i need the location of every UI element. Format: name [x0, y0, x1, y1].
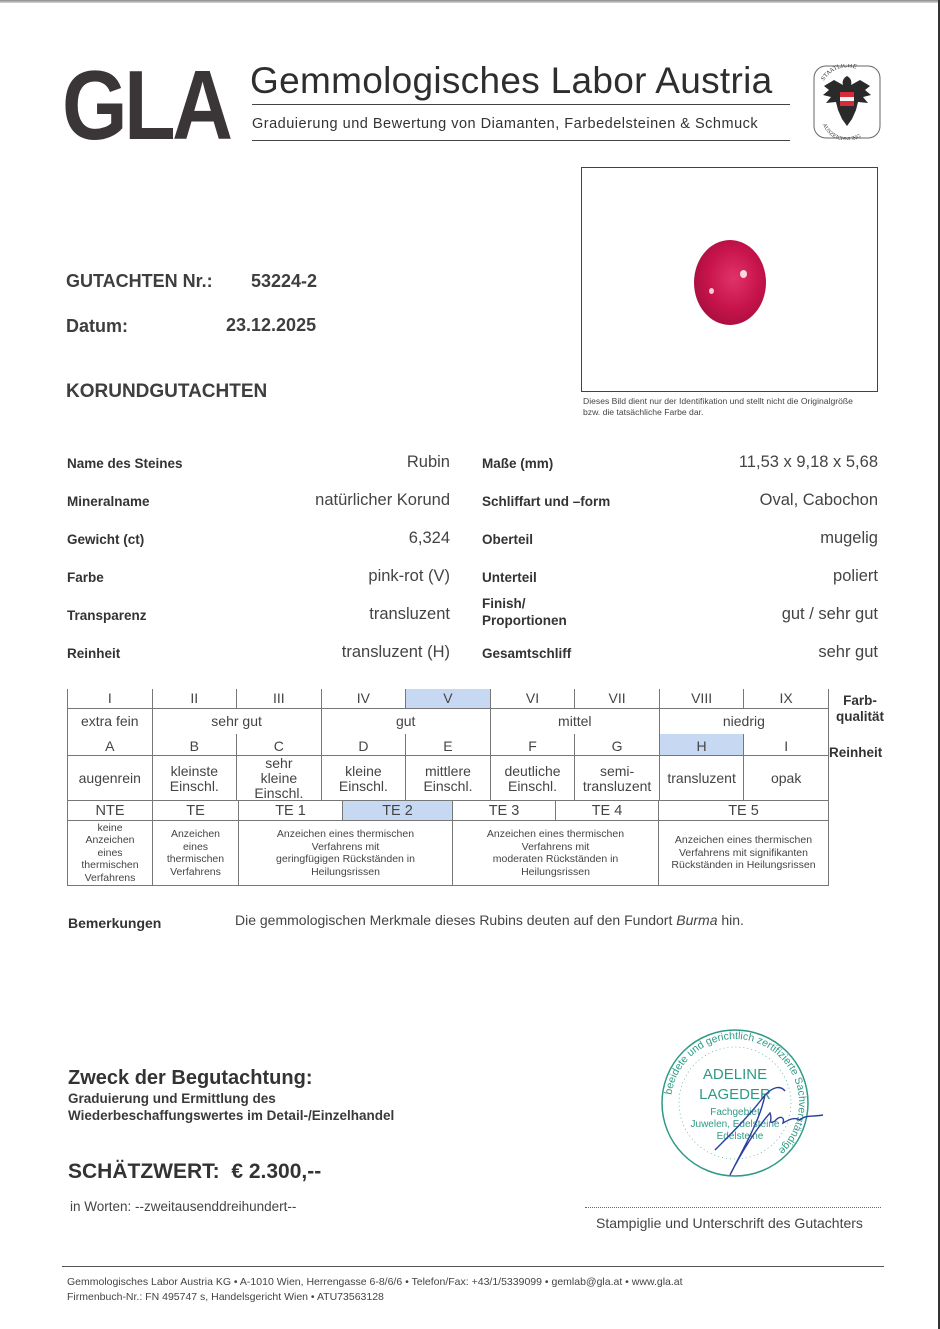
treatment-grade-cell: NTE [68, 801, 153, 821]
right-property-value: gut / sehr gut [782, 605, 878, 624]
treatment-grade-cell: TE 2 [343, 801, 453, 821]
color-grade-cell: IV [321, 689, 406, 709]
remarks-text-part: Die gemmologischen Merkmale dieses Rubin… [235, 912, 676, 928]
treatment-grade-cell: TE 3 [453, 801, 556, 821]
left-property-label: Name des Steines [67, 456, 183, 471]
left-property-label: Farbe [67, 570, 104, 585]
color-grade-cell: III [237, 689, 322, 709]
color-grade-cell: II [152, 689, 237, 709]
color-grade-cell: V [406, 689, 491, 709]
grade-scale-table: IIIIIIIVVVIVIIVIIIIXextra feinsehr gutgu… [67, 689, 829, 801]
report-date: 23.12.2025 [226, 315, 316, 336]
lab-tagline: Graduierung und Bewertung von Diamanten,… [252, 116, 758, 132]
svg-text:STAATLICHE: STAATLICHE [821, 64, 858, 82]
stamp-name-line: ADELINE [703, 1066, 767, 1083]
treatment-description-cell: AnzeicheneinesthermischenVerfahrens [153, 821, 239, 886]
clarity-description-cell: semi-transluzent [575, 756, 660, 802]
expert-stamp: beeidete und gerichtlich zertifizierte S… [655, 1025, 825, 1190]
svg-text:AUSZEICHNUNG: AUSZEICHNUNG [821, 122, 862, 140]
right-property-value: mugelig [820, 529, 878, 548]
purpose-title: Zweck der Begutachtung: [68, 1067, 312, 1090]
valuation-amount: € 2.300,-- [231, 1160, 321, 1183]
color-grade-cell: I [68, 689, 153, 709]
treatment-table: NTETETE 1TE 2TE 3TE 4TE 5keineAnzeichene… [67, 800, 829, 886]
left-property-label: Reinheit [67, 646, 120, 661]
valuation-in-words: in Worten: --zweitausenddreihundert-- [70, 1199, 296, 1214]
color-group-cell: gut [321, 709, 490, 735]
signature-line [585, 1207, 881, 1208]
clarity-description-cell: deutlicheEinschl. [490, 756, 575, 802]
report-number: 53224-2 [251, 271, 317, 292]
treatment-grade-cell: TE 1 [239, 801, 343, 821]
report-type: KORUNDGUTACHTEN [66, 381, 267, 403]
right-property-value: 11,53 x 9,18 x 5,68 [739, 453, 878, 472]
color-quality-label: Farb-qualität [832, 693, 888, 725]
clarity-description-cell: kleineEinschl. [321, 756, 406, 802]
right-property-label: Maße (mm) [482, 456, 553, 471]
color-grade-cell: VI [490, 689, 575, 709]
treatment-description-cell: Anzeichen eines thermischenVerfahrens mi… [453, 821, 659, 886]
signature-caption: Stampiglie und Unterschrift des Gutachte… [596, 1215, 863, 1231]
valuation: SCHÄTZWERT: € 2.300,-- [68, 1160, 321, 1184]
treatment-description-cell: Anzeichen eines thermischenVerfahrens mi… [239, 821, 453, 886]
footer-registry: Firmenbuch-Nr.: FN 495747 s, Handelsgeri… [67, 1290, 683, 1305]
color-grade-cell: VII [575, 689, 660, 709]
right-property-value: sehr gut [818, 643, 878, 662]
left-property-label: Transparenz [67, 608, 147, 623]
color-grade-cell: IX [744, 689, 829, 709]
right-property-label: Gesamtschliff [482, 646, 571, 661]
right-property-value: poliert [833, 567, 878, 586]
footer-rule [62, 1266, 884, 1267]
treatment-grade-cell: TE 5 [659, 801, 829, 821]
right-property-label: Schliffart und –form [482, 494, 610, 509]
color-group-cell: mittel [490, 709, 659, 735]
photo-disclaimer: Dieses Bild dient nur der Identifikation… [583, 396, 863, 418]
right-property-label: Finish/Proportionen [482, 595, 567, 629]
footer: Gemmologisches Labor Austria KG • A-1010… [67, 1275, 683, 1304]
clarity-description-cell: opak [744, 756, 829, 802]
purpose-text: Graduierung und Ermittlung des Wiederbes… [68, 1091, 394, 1124]
color-group-cell: sehr gut [152, 709, 321, 735]
clarity-grade-cell: B [152, 734, 237, 756]
clarity-grade-cell: F [490, 734, 575, 756]
right-property-label: Unterteil [482, 570, 537, 585]
valuation-label: SCHÄTZWERT: [68, 1160, 220, 1183]
report-date-label: Datum: [66, 316, 128, 337]
clarity-description-cell: kleinsteEinschl. [152, 756, 237, 802]
austrian-eagle-crest-icon: STAATLICHE AUSZEICHNUNG [812, 64, 882, 140]
treatment-grade-cell: TE [153, 801, 239, 821]
left-property-value: 6,324 [409, 529, 450, 548]
clarity-grade-cell: H [659, 734, 744, 756]
clarity-description-cell: sehrkleine Einschl. [237, 756, 322, 802]
purpose-line: Wiederbeschaffungswertes im Detail-/Einz… [68, 1108, 394, 1125]
ruby-cabochon-image [694, 240, 766, 325]
left-property-value: transluzent [369, 605, 450, 624]
clarity-grade-cell: D [321, 734, 406, 756]
left-property-label: Mineralname [67, 494, 150, 509]
stamp-line: Fachgebiet [710, 1107, 760, 1118]
footer-address: Gemmologisches Labor Austria KG • A-1010… [67, 1275, 683, 1290]
clarity-description-cell: augenrein [68, 756, 153, 802]
clarity-description-cell: transluzent [659, 756, 744, 802]
origin-name: Burma [676, 912, 717, 928]
right-property-value: Oval, Cabochon [760, 491, 878, 510]
gem-photo [581, 167, 878, 392]
color-group-cell: extra fein [68, 709, 153, 735]
clarity-grade-cell: C [237, 734, 322, 756]
gla-logo: GLA [62, 60, 230, 150]
right-property-label: Oberteil [482, 532, 533, 547]
left-property-value: Rubin [407, 453, 450, 472]
left-property-value: pink-rot (V) [368, 567, 450, 586]
scan-edge-top [0, 0, 940, 3]
color-quality-label-text: Farb-qualität [836, 693, 884, 724]
color-grade-cell: VIII [659, 689, 744, 709]
header-rule [252, 140, 790, 141]
header-rule [252, 104, 790, 105]
left-property-value: natürlicher Korund [315, 491, 450, 510]
clarity-label: Reinheit [829, 745, 882, 761]
treatment-description-cell: Anzeichen eines thermischenVerfahrens mi… [659, 821, 829, 886]
treatment-description-cell: keineAnzeicheneinesthermischenVerfahrens [68, 821, 153, 886]
purpose-line: Graduierung und Ermittlung des [68, 1091, 394, 1108]
color-group-cell: niedrig [659, 709, 828, 735]
treatment-grade-cell: TE 4 [556, 801, 659, 821]
remarks-text: Die gemmologischen Merkmale dieses Rubin… [235, 912, 744, 928]
remarks-text-part: hin. [717, 912, 743, 928]
remarks-label: Bemerkungen [68, 915, 161, 931]
left-property-value: transluzent (H) [342, 643, 450, 662]
report-number-label: GUTACHTEN Nr.: [66, 271, 213, 292]
clarity-grade-cell: E [406, 734, 491, 756]
clarity-grade-cell: A [68, 734, 153, 756]
lab-name: Gemmologisches Labor Austria [250, 60, 773, 102]
left-property-label: Gewicht (ct) [67, 532, 144, 547]
clarity-grade-cell: I [744, 734, 829, 756]
clarity-description-cell: mittlereEinschl. [406, 756, 491, 802]
clarity-grade-cell: G [575, 734, 660, 756]
